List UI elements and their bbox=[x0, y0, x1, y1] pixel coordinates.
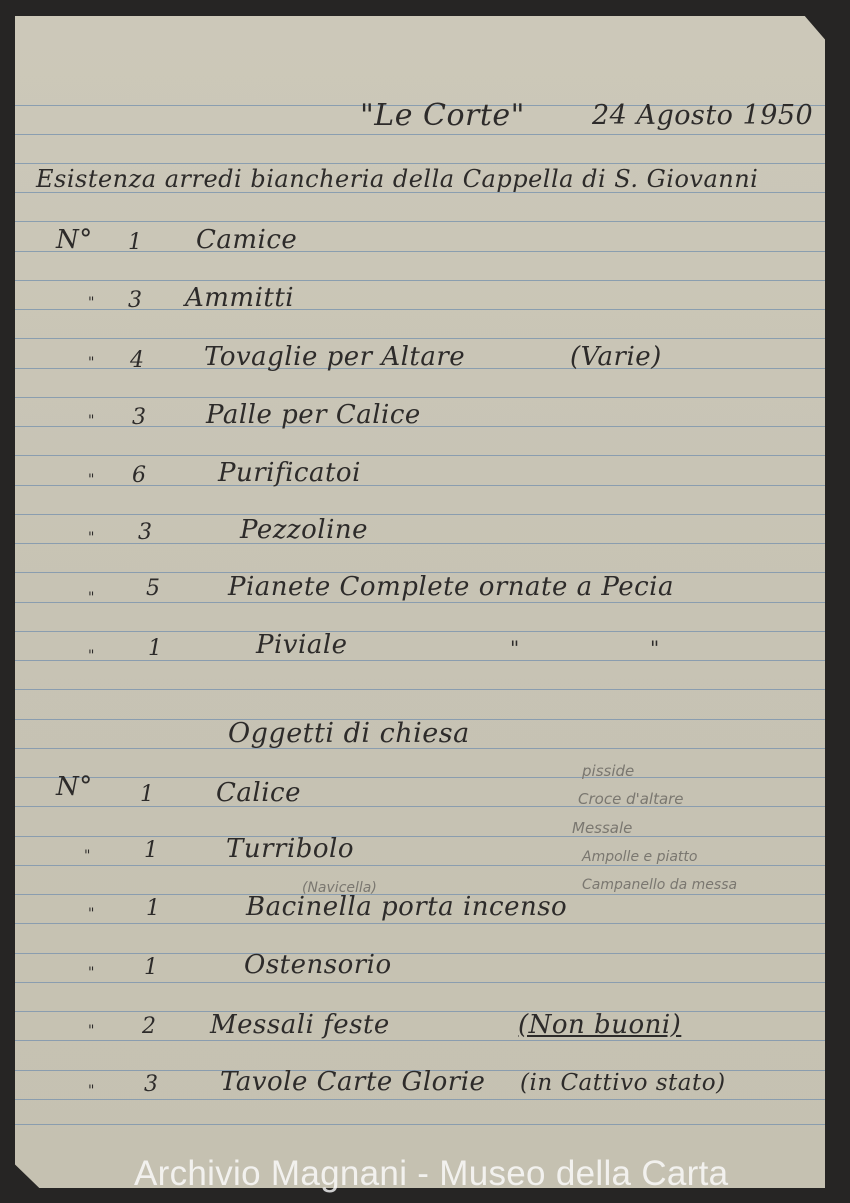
ditto-mark: " bbox=[88, 1023, 95, 1039]
ditto-mark: " bbox=[88, 648, 95, 664]
pencil-note: Messale bbox=[572, 819, 632, 837]
pencil-note: Croce d'altare bbox=[578, 790, 684, 808]
item-qty: 6 bbox=[132, 463, 147, 488]
item-note: (Varie) bbox=[570, 342, 662, 372]
pencil-note: Campanello da messa bbox=[582, 877, 737, 893]
ditto-mark: " bbox=[84, 848, 91, 864]
ditto-mark: " bbox=[88, 413, 95, 429]
item-name: Bacinella porta incenso bbox=[246, 892, 567, 922]
number-prefix: N° bbox=[56, 225, 93, 255]
item-name: Messali feste bbox=[210, 1010, 390, 1040]
header-place: "Le Corte" bbox=[360, 98, 525, 133]
ruled-line bbox=[15, 953, 825, 954]
item-name: Pezzoline bbox=[240, 515, 368, 545]
ruled-line bbox=[15, 1099, 825, 1100]
ditto-mark: " bbox=[88, 965, 95, 981]
item-name: Piviale bbox=[256, 630, 348, 660]
item-qty: 1 bbox=[144, 955, 159, 980]
archive-watermark: Archivio Magnani - Museo della Carta bbox=[134, 1154, 728, 1194]
header-date: 24 Agosto 1950 bbox=[592, 100, 813, 131]
ruled-line bbox=[15, 982, 825, 983]
item-name: Calice bbox=[216, 778, 301, 808]
item-qty: 3 bbox=[138, 520, 153, 545]
item-qty: 1 bbox=[140, 782, 155, 807]
item-name: Palle per Calice bbox=[206, 400, 421, 430]
item-name: Ostensorio bbox=[244, 950, 392, 980]
ruled-line bbox=[15, 660, 825, 661]
item-qty: 5 bbox=[146, 576, 161, 601]
ditto-mark: " bbox=[88, 906, 95, 922]
ruled-line bbox=[15, 689, 825, 690]
item-name: Tavole Carte Glorie bbox=[220, 1067, 485, 1097]
pencil-note: Ampolle e piatto bbox=[582, 849, 697, 865]
ruled-line bbox=[15, 602, 825, 603]
ditto-mark: " bbox=[510, 636, 520, 660]
item-qty: 2 bbox=[142, 1014, 157, 1039]
ruled-line bbox=[15, 777, 825, 778]
ruled-line bbox=[15, 806, 825, 807]
ruled-line bbox=[15, 631, 825, 632]
ruled-line bbox=[15, 134, 825, 135]
ditto-mark: " bbox=[88, 590, 95, 606]
section1-title: Esistenza arredi biancheria della Cappel… bbox=[36, 165, 758, 193]
ruled-line bbox=[15, 163, 825, 164]
item-qty: 1 bbox=[128, 230, 143, 255]
item-name: Purificatoi bbox=[218, 458, 361, 488]
ruled-line bbox=[15, 514, 825, 515]
number-prefix: N° bbox=[56, 772, 93, 802]
ditto-mark: " bbox=[88, 472, 95, 488]
item-name: Tovaglie per Altare bbox=[204, 342, 465, 372]
item-qty: 3 bbox=[132, 405, 147, 430]
ruled-line bbox=[15, 1040, 825, 1041]
item-name: Pianete Complete ornate a Pecia bbox=[228, 572, 674, 602]
item-name: Camice bbox=[196, 225, 297, 255]
item-note: (in Cattivo stato) bbox=[520, 1070, 726, 1096]
item-name: Turribolo bbox=[226, 834, 354, 864]
ruled-line bbox=[15, 923, 825, 924]
item-note: (Non buoni) bbox=[518, 1010, 681, 1040]
pencil-annotation: (Navicella) bbox=[302, 880, 377, 896]
item-name: Ammitti bbox=[185, 283, 294, 313]
ditto-mark: " bbox=[88, 1083, 95, 1099]
item-qty: 3 bbox=[144, 1072, 159, 1097]
ditto-mark: " bbox=[88, 295, 95, 311]
ditto-mark: " bbox=[650, 636, 660, 660]
item-qty: 1 bbox=[146, 896, 161, 921]
ditto-mark: " bbox=[88, 530, 95, 546]
ruled-line bbox=[15, 455, 825, 456]
ruled-line bbox=[15, 1124, 825, 1125]
ruled-line bbox=[15, 1011, 825, 1012]
ditto-mark: " bbox=[88, 355, 95, 371]
item-qty: 3 bbox=[128, 288, 143, 313]
item-qty: 4 bbox=[130, 348, 145, 373]
pencil-note: pisside bbox=[582, 762, 634, 780]
ruled-line bbox=[15, 338, 825, 339]
ruled-line bbox=[15, 221, 825, 222]
item-qty: 1 bbox=[144, 838, 159, 863]
ruled-line bbox=[15, 280, 825, 281]
ruled-line bbox=[15, 397, 825, 398]
item-qty: 1 bbox=[148, 636, 163, 661]
ruled-line bbox=[15, 865, 825, 866]
ruled-line bbox=[15, 836, 825, 837]
ruled-line bbox=[15, 543, 825, 544]
section2-title: Oggetti di chiesa bbox=[228, 718, 470, 749]
